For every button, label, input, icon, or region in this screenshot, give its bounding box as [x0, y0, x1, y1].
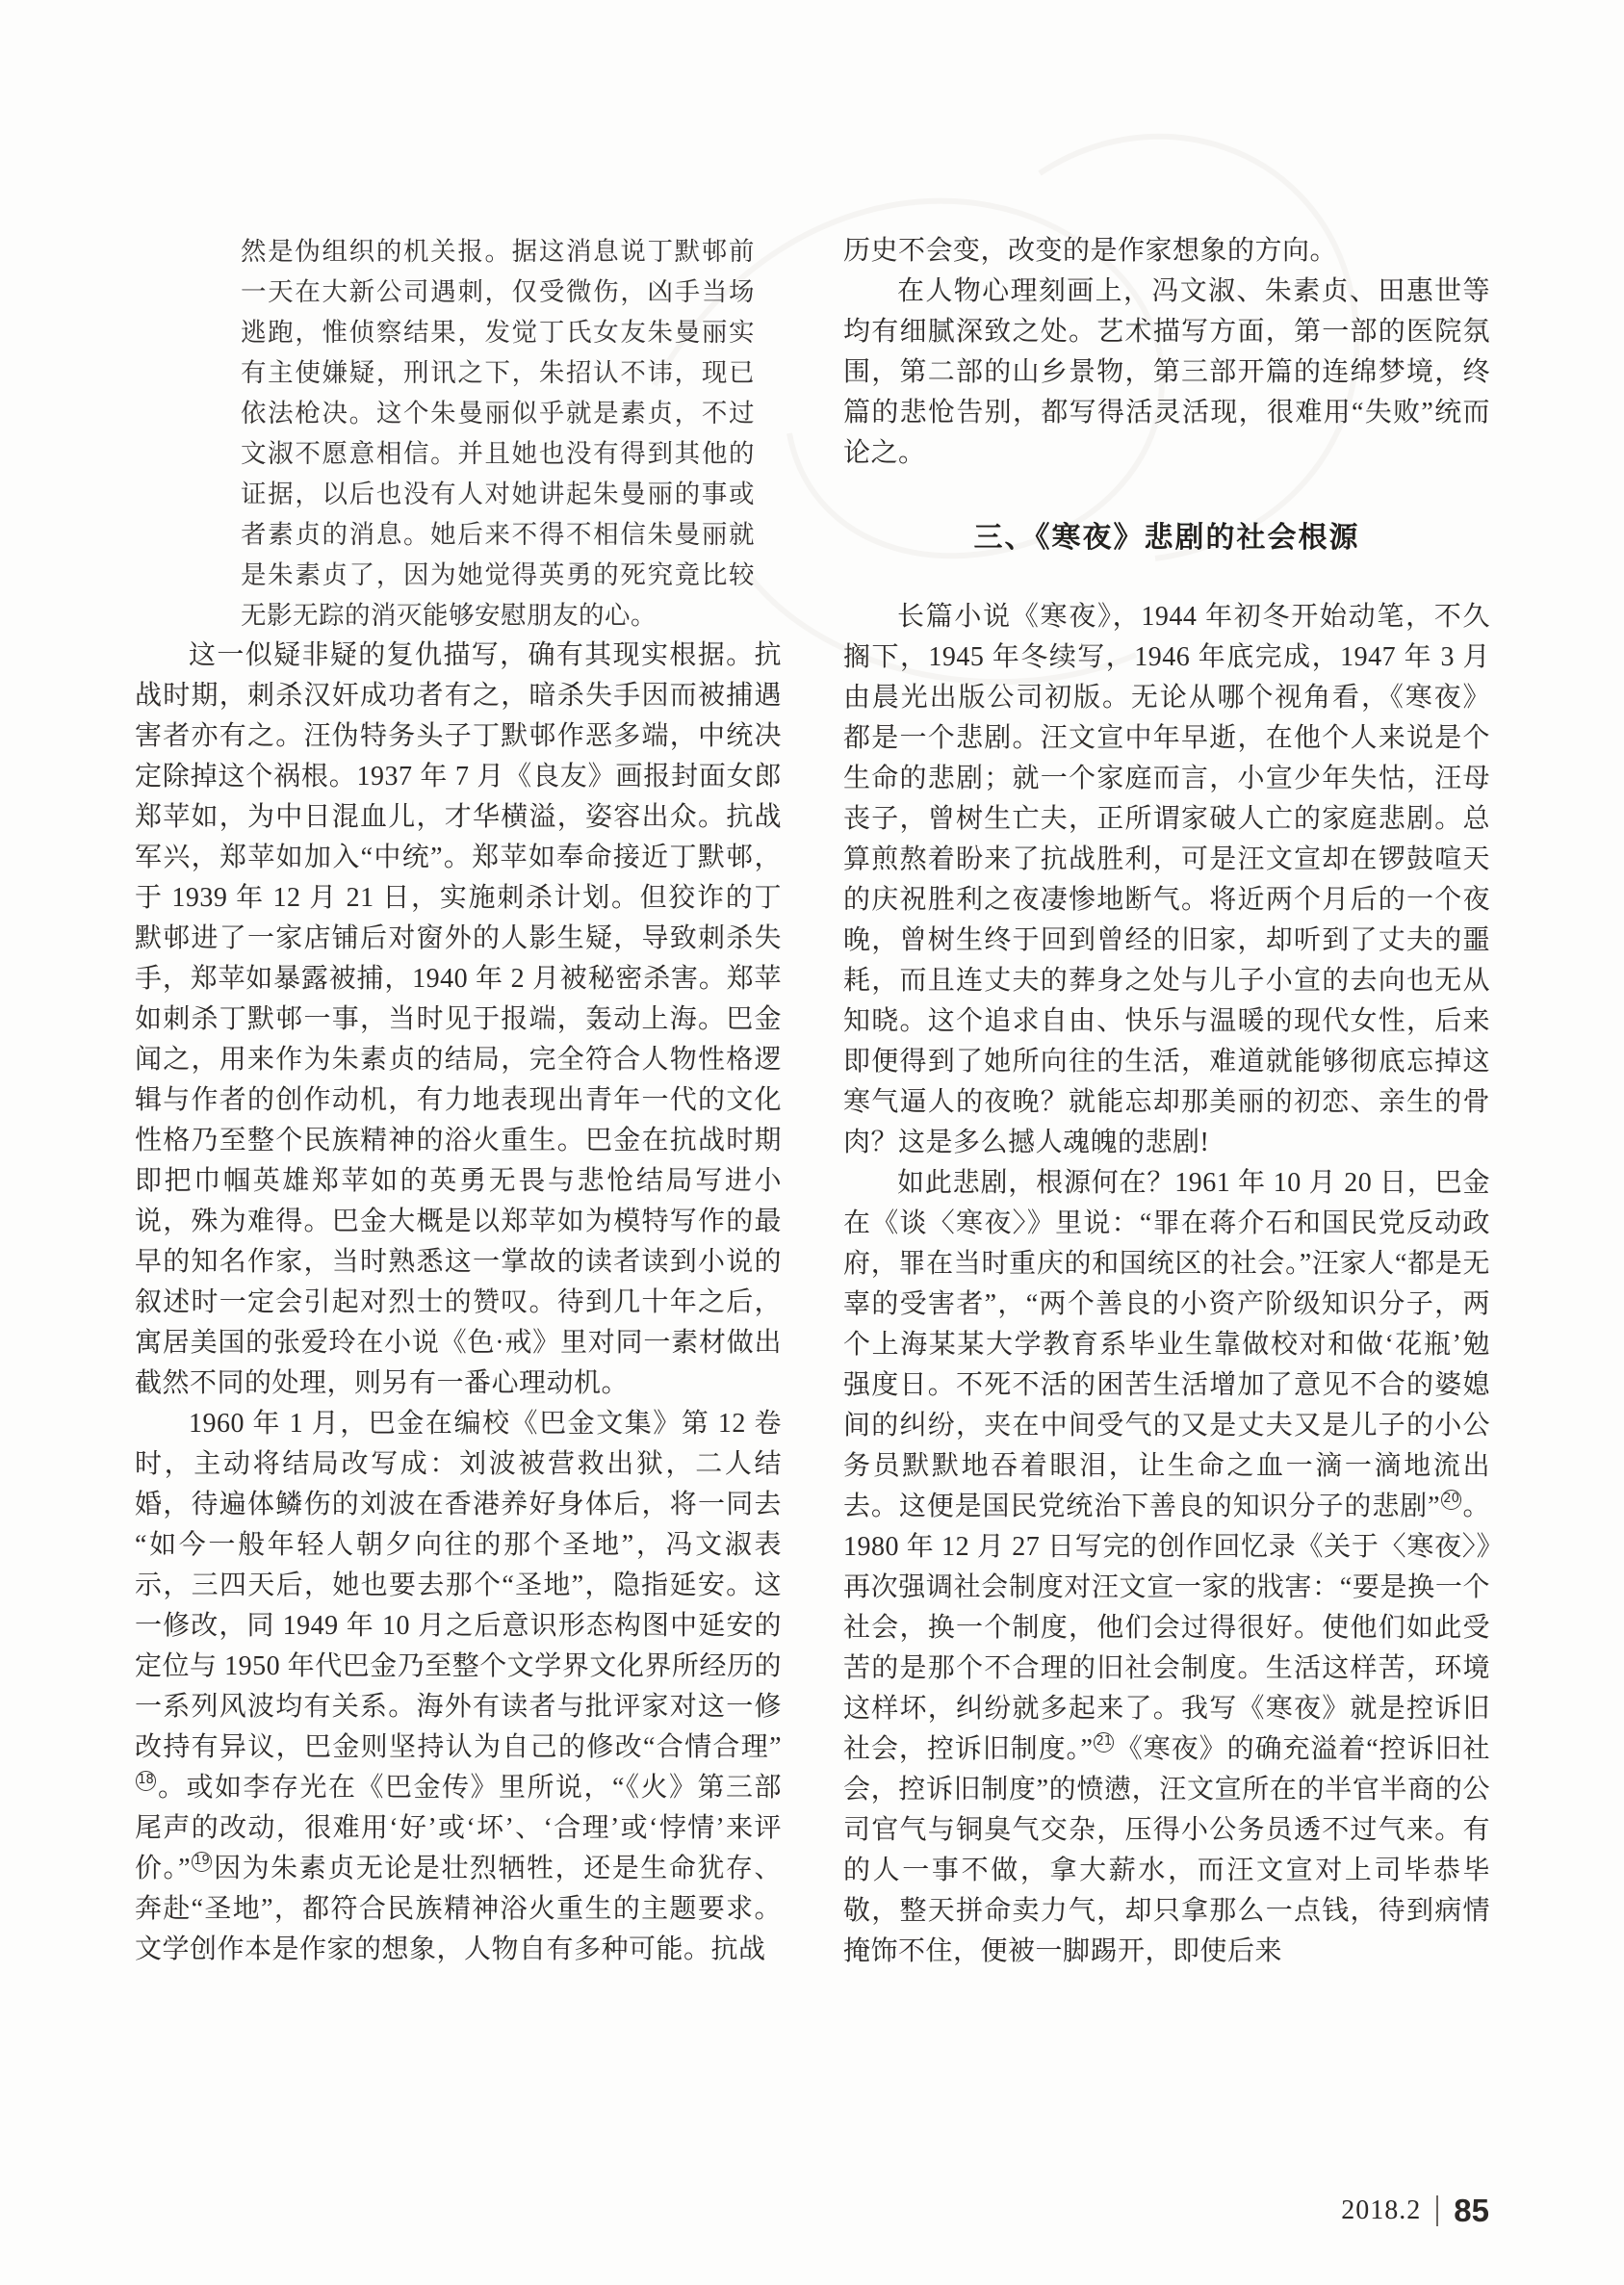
quoted-passage: 然是伪组织的机关报。据这消息说丁默邨前一天在大新公司遇刺，仅受微伤，凶手当场逃跑… [241, 231, 755, 636]
paragraph: 在人物心理刻画上，冯文淑、朱素贞、田惠世等均有细腻深致之处。艺术描写方面，第一部… [843, 272, 1490, 474]
paragraph: 如此悲剧，根源何在？1961 年 10 月 20 日，巴金在《谈〈寒夜〉》里说：… [843, 1163, 1490, 1972]
section-heading: 三、《寒夜》悲剧的社会根源 [843, 518, 1490, 558]
journal-page: 然是伪组织的机关报。据这消息说丁默邨前一天在大新公司遇刺，仅受微伤，凶手当场逃跑… [0, 0, 1624, 2285]
page-number: 85 [1454, 2193, 1489, 2229]
journal-issue: 2018.2 [1341, 2195, 1421, 2226]
footnote-marker-20: 20 [1441, 1490, 1461, 1510]
left-column: 然是伪组织的机关报。据这消息说丁默邨前一天在大新公司遇刺，仅受微伤，凶手当场逃跑… [135, 231, 782, 1970]
paragraph: 历史不会变，改变的是作家想象的方向。 [843, 231, 1490, 272]
right-column: 历史不会变，改变的是作家想象的方向。在人物心理刻画上，冯文淑、朱素贞、田惠世等均… [843, 231, 1490, 1972]
paragraph: 这一似疑非疑的复仇描写，确有其现实根据。抗战时期，刺杀汉奸成功者有之，暗杀失手因… [135, 636, 782, 1404]
page-footer: 2018.2 85 [1341, 2193, 1489, 2229]
paragraph: 1960 年 1 月，巴金在编校《巴金文集》第 12 卷时，主动将结局改写成：刘… [135, 1404, 782, 1970]
paragraph: 长篇小说《寒夜》，1944 年初冬开始动笔，不久搁下，1945 年冬续写，194… [843, 597, 1490, 1163]
footnote-marker-19: 19 [192, 1852, 212, 1872]
footer-divider [1436, 2195, 1438, 2226]
footnote-marker-18: 18 [136, 1771, 156, 1791]
footnote-marker-21: 21 [1094, 1732, 1114, 1753]
